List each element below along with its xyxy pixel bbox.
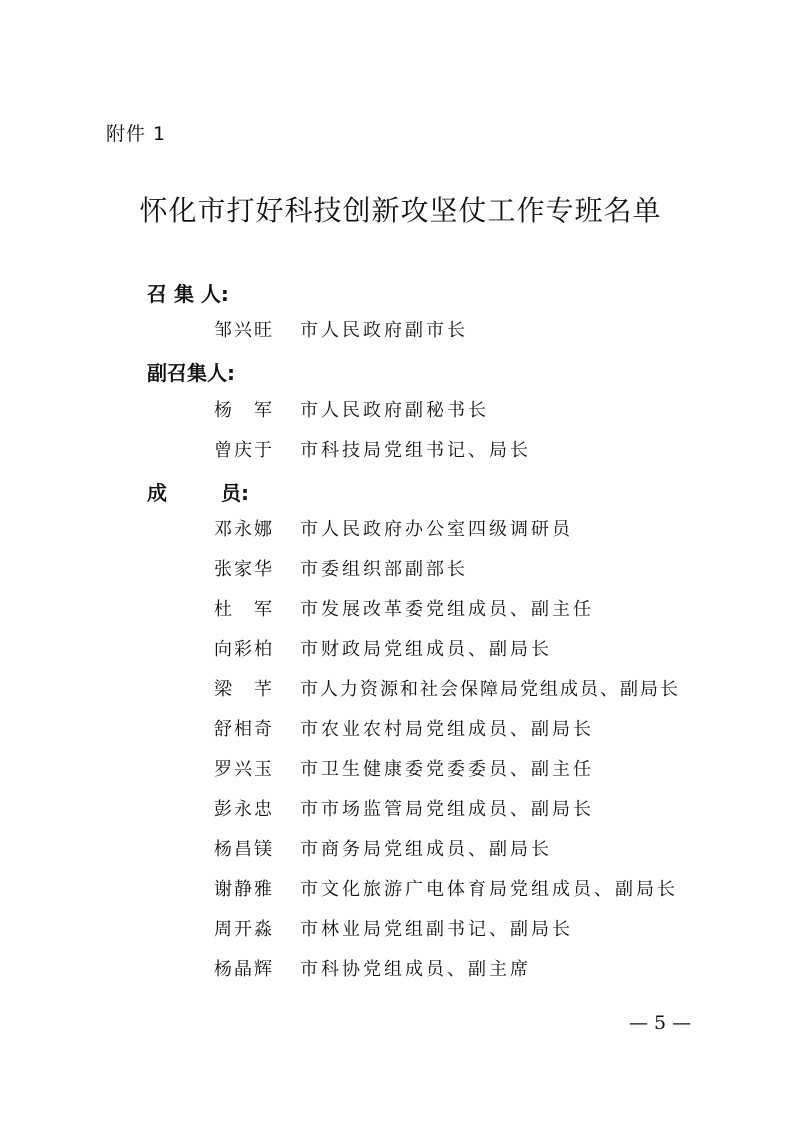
member-name: 张家华 [214, 555, 300, 581]
member-row: 杨晶辉市科协党组成员、副主席 [214, 955, 531, 981]
member-role: 市林业局党组副书记、副局长 [300, 919, 573, 940]
member-row: 罗兴玉市卫生健康委党委委员、副主任 [214, 755, 594, 781]
member-role: 市文化旅游广电体育局党组成员、副局长 [300, 879, 678, 900]
member-name: 谢静雅 [214, 875, 300, 901]
section-label-part: 员: [221, 481, 249, 505]
member-row: 邹兴旺市人民政府副市长 [214, 316, 468, 342]
member-name: 梁 芊 [214, 675, 300, 701]
member-role: 市人民政府副秘书长 [300, 400, 489, 421]
member-role: 市人民政府办公室四级调研员 [300, 519, 573, 540]
document-title: 怀化市打好科技创新攻坚仗工作专班名单 [0, 189, 793, 229]
member-name: 邓永娜 [214, 515, 300, 541]
member-role: 市商务局党组成员、副局长 [300, 839, 552, 860]
section-label-convener: 召 集 人: [147, 278, 229, 307]
member-row: 周开淼市林业局党组副书记、副局长 [214, 915, 573, 941]
member-role: 市财政局党组成员、副局长 [300, 639, 552, 660]
member-row: 向彩柏市财政局党组成员、副局长 [214, 635, 552, 661]
member-row: 邓永娜市人民政府办公室四级调研员 [214, 515, 573, 541]
member-name: 杜 军 [214, 595, 300, 621]
attachment-label: 附件 1 [106, 119, 166, 146]
member-role: 市人力资源和社会保障局党组成员、副局长 [300, 679, 680, 700]
page-number: — 5 — [629, 1012, 691, 1034]
member-row: 彭永忠市市场监管局党组成员、副局长 [214, 795, 594, 821]
section-label-members: 成员: [147, 477, 249, 506]
member-name: 杨 军 [214, 396, 300, 422]
member-row: 杨 军市人民政府副秘书长 [214, 396, 489, 422]
member-row: 张家华市委组织部副部长 [214, 555, 468, 581]
member-name: 周开淼 [214, 915, 300, 941]
member-role: 市科技局党组书记、局长 [300, 440, 531, 461]
member-name: 罗兴玉 [214, 755, 300, 781]
member-role: 市卫生健康委党委委员、副主任 [300, 759, 594, 780]
section-label-deputy-convener: 副召集人: [147, 357, 235, 386]
member-role: 市人民政府副市长 [300, 320, 468, 341]
member-row: 杜 军市发展改革委党组成员、副主任 [214, 595, 594, 621]
member-row: 梁 芊市人力资源和社会保障局党组成员、副局长 [214, 675, 680, 701]
section-label-part: 成 [147, 477, 221, 506]
member-row: 曾庆于市科技局党组书记、局长 [214, 436, 531, 462]
member-name: 杨晶辉 [214, 955, 300, 981]
member-role: 市市场监管局党组成员、副局长 [300, 799, 594, 820]
member-role: 市委组织部副部长 [300, 559, 468, 580]
member-name: 向彩柏 [214, 635, 300, 661]
member-role: 市发展改革委党组成员、副主任 [300, 599, 594, 620]
member-row: 杨昌镁市商务局党组成员、副局长 [214, 835, 552, 861]
member-name: 舒相奇 [214, 715, 300, 741]
member-name: 曾庆于 [214, 436, 300, 462]
member-role: 市农业农村局党组成员、副局长 [300, 719, 594, 740]
member-role: 市科协党组成员、副主席 [300, 959, 531, 980]
member-name: 杨昌镁 [214, 835, 300, 861]
member-row: 舒相奇市农业农村局党组成员、副局长 [214, 715, 594, 741]
member-row: 谢静雅市文化旅游广电体育局党组成员、副局长 [214, 875, 678, 901]
member-name: 彭永忠 [214, 795, 300, 821]
member-name: 邹兴旺 [214, 316, 300, 342]
